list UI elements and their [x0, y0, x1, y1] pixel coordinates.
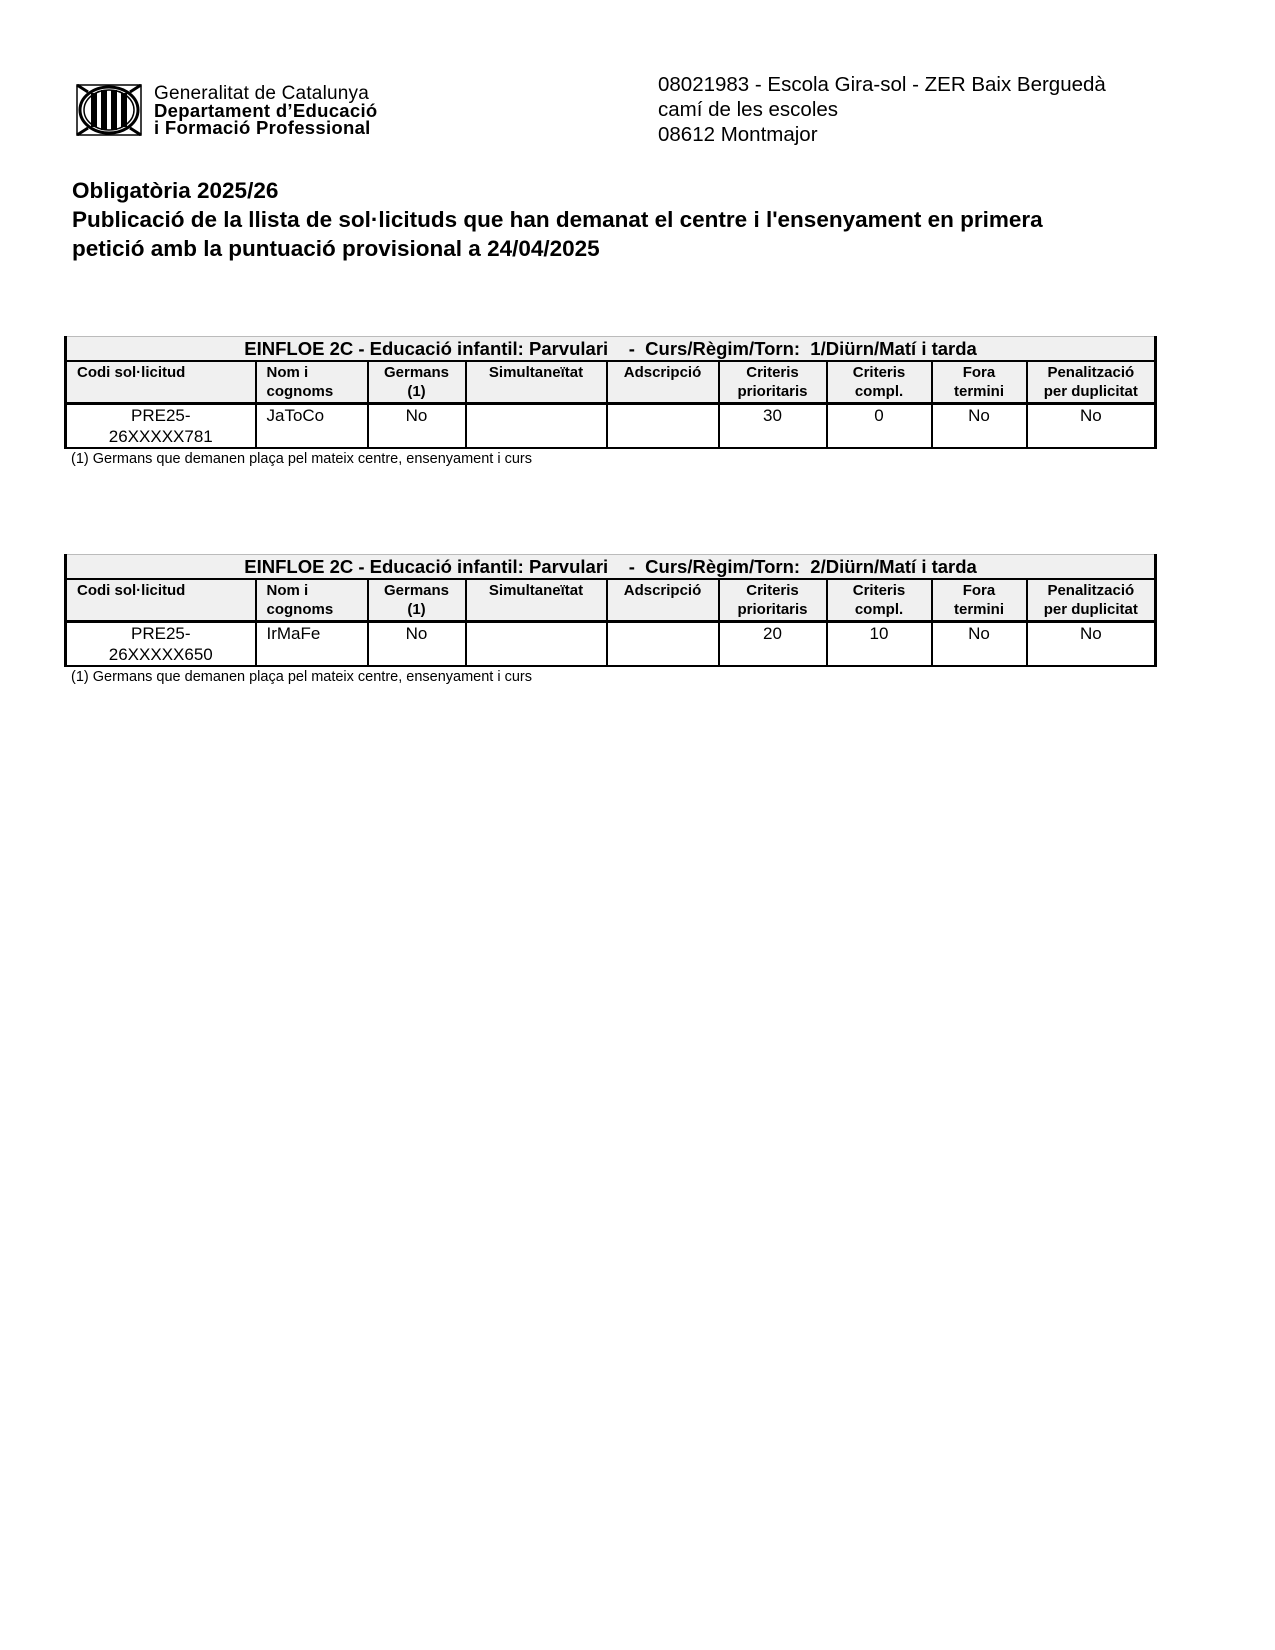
- cell-fora: No: [932, 622, 1027, 667]
- applications-table-block-2: EINFLOE 2C - Educació infantil: Parvular…: [64, 554, 1154, 685]
- cell-germans: No: [368, 622, 466, 667]
- table-caption: EINFLOE 2C - Educació infantil: Parvular…: [66, 555, 1156, 580]
- cell-penalitzacio: No: [1027, 622, 1156, 667]
- school-name: 08021983 - Escola Gira-sol - ZER Baix Be…: [658, 72, 1106, 97]
- table-row: PRE25-26XXXXX781 JaToCo No 30 0 No No: [66, 404, 1156, 449]
- table-footnote: (1) Germans que demanen plaça pel mateix…: [71, 669, 1154, 685]
- col-header-simultaneitat: Simultaneïtat: [466, 579, 607, 622]
- cell-nom: JaToCo: [256, 404, 368, 449]
- logo-department: Departament d’Educació: [154, 102, 378, 119]
- table-caption: EINFLOE 2C - Educació infantil: Parvular…: [66, 337, 1156, 362]
- title-description: Publicació de la llista de sol·licituds …: [72, 205, 1172, 234]
- col-header-compl: Criteriscompl.: [827, 579, 932, 622]
- title-year: Obligatòria 2025/26: [72, 176, 1172, 205]
- catalan-emblem-icon: [76, 84, 142, 136]
- table-row: PRE25-26XXXXX650 IrMaFe No 20 10 No No: [66, 622, 1156, 667]
- table-footnote: (1) Germans que demanen plaça pel mateix…: [71, 451, 1154, 467]
- cell-codi: PRE25-26XXXXX781: [66, 404, 256, 449]
- cell-prioritaris: 30: [719, 404, 827, 449]
- cell-adscripcio: [607, 404, 719, 449]
- title-description-2: petició amb la puntuació provisional a 2…: [72, 234, 1172, 263]
- col-header-fora: Foratermini: [932, 579, 1027, 622]
- applications-table-block-1: EINFLOE 2C - Educació infantil: Parvular…: [64, 336, 1154, 467]
- cell-simultaneitat: [466, 622, 607, 667]
- col-header-prioritaris: Criterisprioritaris: [719, 361, 827, 404]
- cell-compl: 10: [827, 622, 932, 667]
- col-header-fora: Foratermini: [932, 361, 1027, 404]
- cell-adscripcio: [607, 622, 719, 667]
- logo-generalitat: Generalitat de Catalunya: [154, 85, 378, 102]
- cell-simultaneitat: [466, 404, 607, 449]
- cell-nom: IrMaFe: [256, 622, 368, 667]
- col-header-nom: Nom icognoms: [256, 361, 368, 404]
- col-header-germans: Germans(1): [368, 361, 466, 404]
- cell-fora: No: [932, 404, 1027, 449]
- applications-table: EINFLOE 2C - Educació infantil: Parvular…: [64, 554, 1157, 667]
- col-header-prioritaris: Criterisprioritaris: [719, 579, 827, 622]
- applications-table: EINFLOE 2C - Educació infantil: Parvular…: [64, 336, 1157, 449]
- col-header-codi: Codi sol·licitud: [66, 361, 256, 404]
- table-header-row: Codi sol·licitud Nom icognoms Germans(1)…: [66, 579, 1156, 622]
- col-header-adscripcio: Adscripció: [607, 579, 719, 622]
- col-header-codi: Codi sol·licitud: [66, 579, 256, 622]
- table-header-row: Codi sol·licitud Nom icognoms Germans(1)…: [66, 361, 1156, 404]
- cell-prioritaris: 20: [719, 622, 827, 667]
- cell-codi: PRE25-26XXXXX650: [66, 622, 256, 667]
- cell-germans: No: [368, 404, 466, 449]
- cell-compl: 0: [827, 404, 932, 449]
- col-header-compl: Criteriscompl.: [827, 361, 932, 404]
- col-header-penalitzacio: Penalitzacióper duplicitat: [1027, 361, 1156, 404]
- school-street: camí de les escoles: [658, 97, 1106, 122]
- department-logo: Generalitat de Catalunya Departament d’E…: [76, 84, 378, 136]
- col-header-penalitzacio: Penalitzacióper duplicitat: [1027, 579, 1156, 622]
- school-city: 08612 Montmajor: [658, 122, 1106, 147]
- col-header-simultaneitat: Simultaneïtat: [466, 361, 607, 404]
- logo-department-2: i Formació Professional: [154, 119, 378, 136]
- col-header-adscripcio: Adscripció: [607, 361, 719, 404]
- col-header-nom: Nom icognoms: [256, 579, 368, 622]
- col-header-germans: Germans(1): [368, 579, 466, 622]
- school-address: 08021983 - Escola Gira-sol - ZER Baix Be…: [658, 72, 1106, 147]
- cell-penalitzacio: No: [1027, 404, 1156, 449]
- page-title: Obligatòria 2025/26 Publicació de la lli…: [72, 176, 1172, 263]
